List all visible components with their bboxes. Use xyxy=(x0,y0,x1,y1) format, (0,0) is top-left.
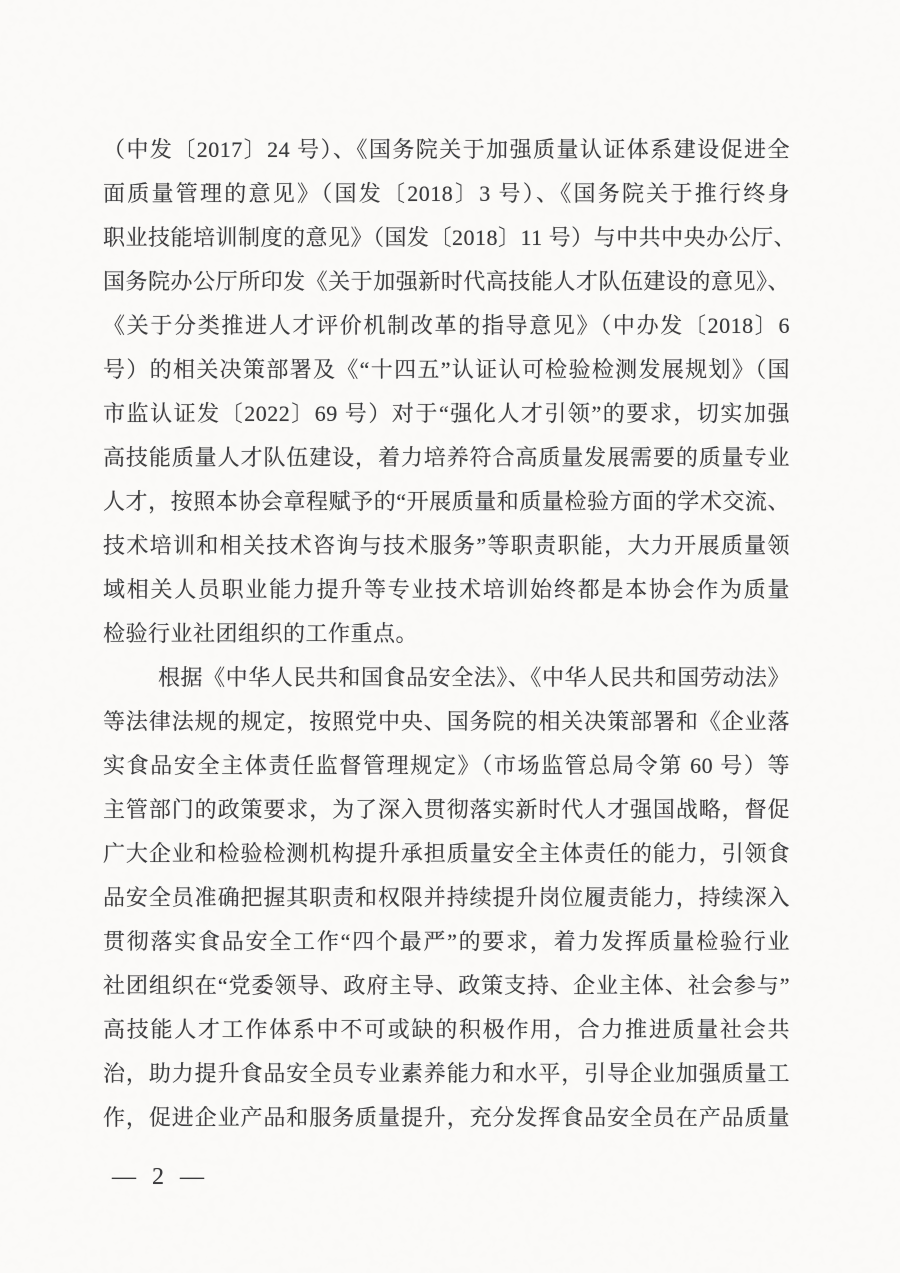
text-line: 技术培训和相关技术咨询与技术服务”等职责职能，大力开展质量领 xyxy=(103,524,790,568)
text-line: 号）的相关决策部署及《“十四五”认证认可检验检测发展规划》（国 xyxy=(103,348,790,392)
page-number: — 2 — xyxy=(112,1164,209,1191)
paragraph: 根据《中华人民共和国食品安全法》、《中华人民共和国劳动法》等法律法规的规定，按照… xyxy=(103,656,790,1140)
text-line: 治，助力提升食品安全员专业素养能力和水平，引导企业加强质量工 xyxy=(103,1052,790,1096)
text-line: 贯彻落实食品安全工作“四个最严”的要求，着力发挥质量检验行业 xyxy=(103,920,790,964)
text-line: 等法律法规的规定，按照党中央、国务院的相关决策部署和《企业落 xyxy=(103,700,790,744)
text-line: （中发〔2017〕24 号）、《国务院关于加强质量认证体系建设促进全 xyxy=(103,128,790,172)
paragraph: （中发〔2017〕24 号）、《国务院关于加强质量认证体系建设促进全面质量管理的… xyxy=(103,128,790,656)
text-line: 品安全员准确把握其职责和权限并持续提升岗位履责能力，持续深入 xyxy=(103,876,790,920)
text-line: 《关于分类推进人才评价机制改革的指导意见》（中办发〔2018〕6 xyxy=(103,304,790,348)
text-line: 社团组织在“党委领导、政府主导、政策支持、企业主体、社会参与” xyxy=(103,964,790,1008)
text-line: 面质量管理的意见》（国发〔2018〕3 号）、《国务院关于推行终身 xyxy=(103,172,790,216)
text-line: 广大企业和检验检测机构提升承担质量安全主体责任的能力，引领食 xyxy=(103,832,790,876)
text-line: 根据《中华人民共和国食品安全法》、《中华人民共和国劳动法》 xyxy=(103,656,790,700)
text-line: 国务院办公厅所印发《关于加强新时代高技能人才队伍建设的意见》、 xyxy=(103,260,790,304)
text-line: 人才，按照本协会章程赋予的“开展质量和质量检验方面的学术交流、 xyxy=(103,480,790,524)
document-body: （中发〔2017〕24 号）、《国务院关于加强质量认证体系建设促进全面质量管理的… xyxy=(103,128,790,1140)
text-line: 主管部门的政策要求，为了深入贯彻落实新时代人才强国战略，督促 xyxy=(103,788,790,832)
text-line: 高技能质量人才队伍建设，着力培养符合高质量发展需要的质量专业 xyxy=(103,436,790,480)
text-line: 域相关人员职业能力提升等专业技术培训始终都是本协会作为质量 xyxy=(103,568,790,612)
document-page: （中发〔2017〕24 号）、《国务院关于加强质量认证体系建设促进全面质量管理的… xyxy=(0,0,900,1273)
text-line: 市监认证发〔2022〕69 号）对于“强化人才引领”的要求，切实加强 xyxy=(103,392,790,436)
text-line: 职业技能培训制度的意见》（国发〔2018〕11 号）与中共中央办公厅、 xyxy=(103,216,790,260)
text-line: 实食品安全主体责任监督管理规定》（市场监管总局令第 60 号）等 xyxy=(103,744,790,788)
text-line: 检验行业社团组织的工作重点。 xyxy=(103,612,790,656)
text-line: 作，促进企业产品和服务质量提升，充分发挥食品安全员在产品质量 xyxy=(103,1096,790,1140)
text-line: 高技能人才工作体系中不可或缺的积极作用，合力推进质量社会共 xyxy=(103,1008,790,1052)
